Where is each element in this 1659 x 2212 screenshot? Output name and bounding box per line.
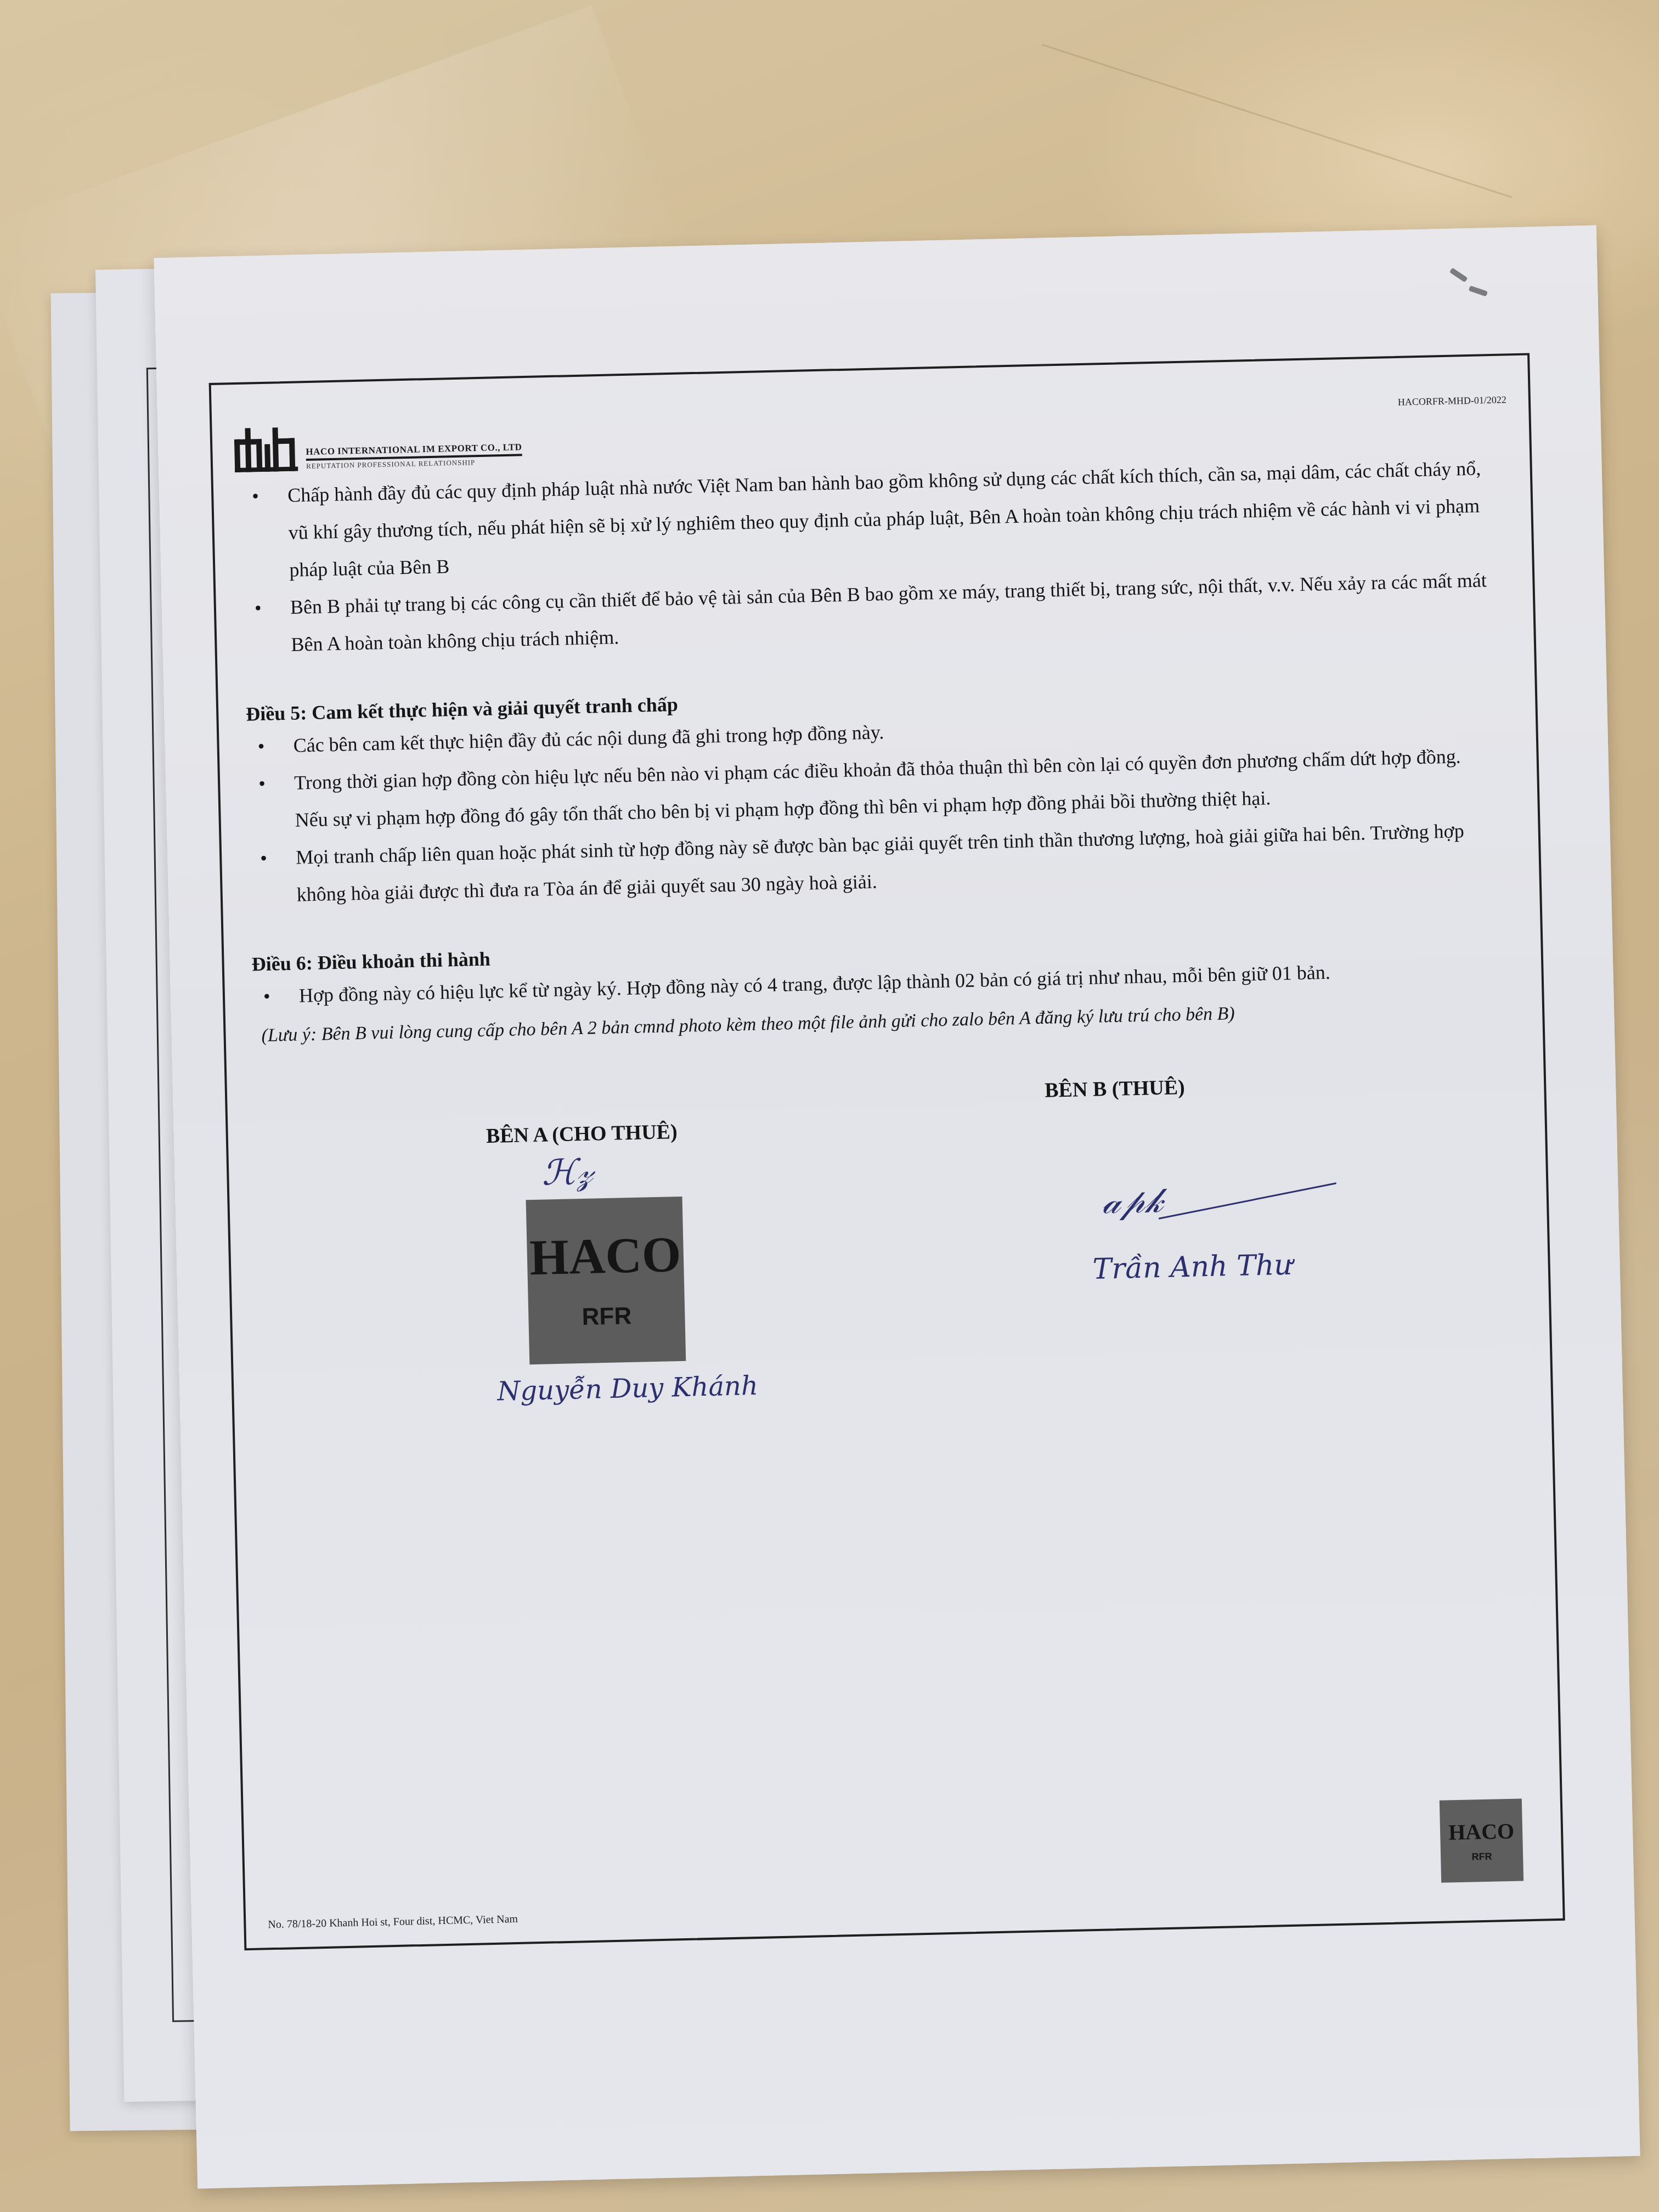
- company-address: No. 78/18-20 Khanh Hoi st, Four dist, HC…: [268, 1913, 518, 1931]
- footer-logo-stamp: HACO RFR: [1440, 1798, 1523, 1882]
- party-b-signature: 𝒶𝓅𝓀: [1102, 1180, 1164, 1222]
- signature-block: BÊN A (CHO THUÊ) ℋ𝓏 HACO RFR Nguyễn Duy …: [255, 1063, 1512, 1398]
- footer-stamp-subtitle: RFR: [1471, 1851, 1492, 1863]
- letterhead: HACO INTERNATIONAL IM EXPORT CO., LTD RE…: [234, 422, 522, 472]
- party-a-signature: ℋ𝓏: [541, 1152, 594, 1194]
- staple-icon: [1469, 285, 1488, 296]
- stamp-title: HACO: [529, 1229, 681, 1283]
- party-a-name: Nguyễn Duy Khánh: [497, 1370, 759, 1407]
- company-logo-icon: [234, 427, 301, 472]
- stamp-subtitle: RFR: [582, 1302, 632, 1331]
- footer-stamp-title: HACO: [1448, 1818, 1515, 1846]
- staple-icon: [1449, 268, 1468, 283]
- party-b-name: Trần Anh Thư: [1092, 1249, 1293, 1286]
- contract-page: HACO INTERNATIONAL IM EXPORT CO., LTD RE…: [154, 225, 1640, 2189]
- document-code: HACORFR-MHD-01/2022: [1398, 394, 1506, 408]
- party-b-label: BÊN B (THUÊ): [1045, 1075, 1185, 1103]
- contract-body: Chấp hành đầy đủ các quy định pháp luật …: [241, 449, 1512, 1398]
- signature-stroke: [1159, 1182, 1336, 1220]
- company-stamp: HACO RFR: [526, 1197, 686, 1364]
- party-a-label: BÊN A (CHO THUÊ): [486, 1120, 678, 1148]
- page-border-frame: HACO INTERNATIONAL IM EXPORT CO., LTD RE…: [209, 353, 1565, 1950]
- marble-vein: [1042, 44, 1512, 198]
